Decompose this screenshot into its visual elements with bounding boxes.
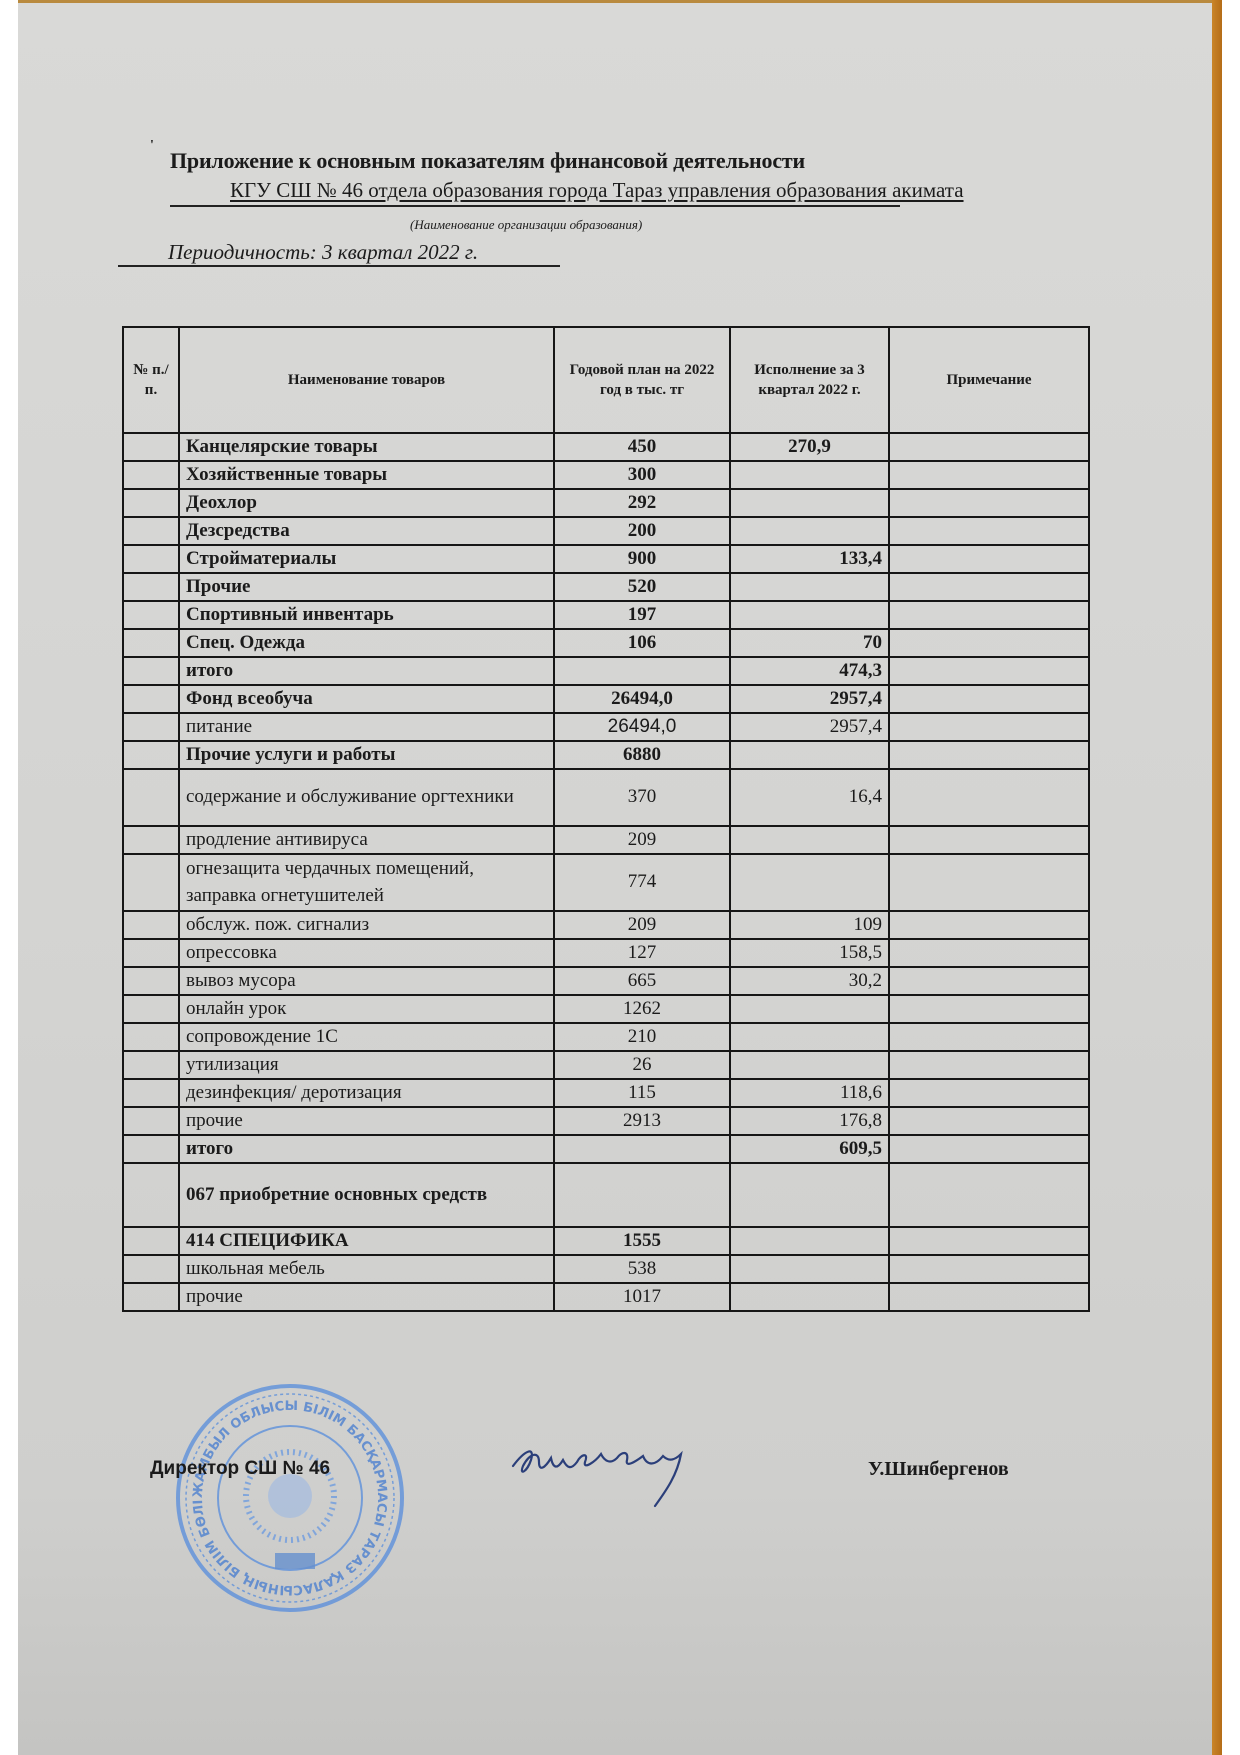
cell-exec: 133,4 [730, 545, 889, 573]
cell-num [123, 685, 179, 713]
cell-plan: 106 [554, 629, 730, 657]
cell-note [889, 826, 1089, 854]
table-row: 067 приобретние основных средств [123, 1163, 1089, 1227]
cell-name: итого [179, 1135, 554, 1163]
periodicity-underline [118, 265, 560, 267]
cell-name: итого [179, 657, 554, 685]
table-row: Канцелярские товары450270,9 [123, 433, 1089, 461]
cell-plan: 6880 [554, 741, 730, 769]
cell-name: дезинфекция/ деротизация [179, 1079, 554, 1107]
cell-plan: 665 [554, 967, 730, 995]
cell-num [123, 1227, 179, 1255]
cell-num [123, 1163, 179, 1227]
table-row: Стройматериалы900133,4 [123, 545, 1089, 573]
cell-note [889, 1051, 1089, 1079]
cell-note [889, 433, 1089, 461]
cell-num [123, 854, 179, 911]
cell-note [889, 854, 1089, 911]
cell-exec [730, 1051, 889, 1079]
cell-num [123, 517, 179, 545]
cell-name: онлайн урок [179, 995, 554, 1023]
cell-name: опрессовка [179, 939, 554, 967]
cell-name: Канцелярские товары [179, 433, 554, 461]
cell-plan: 2913 [554, 1107, 730, 1135]
table-row: Спортивный инвентарь197 [123, 601, 1089, 629]
cell-num [123, 1283, 179, 1311]
cell-num [123, 939, 179, 967]
speck-mark: ' [150, 138, 154, 154]
cell-exec [730, 854, 889, 911]
cell-name: Хозяйственные товары [179, 461, 554, 489]
cell-note [889, 573, 1089, 601]
cell-plan: 538 [554, 1255, 730, 1283]
cell-exec: 30,2 [730, 967, 889, 995]
cell-plan: 26 [554, 1051, 730, 1079]
cell-name: сопровождение 1С [179, 1023, 554, 1051]
cell-exec: 118,6 [730, 1079, 889, 1107]
cell-num [123, 1079, 179, 1107]
organization-caption: (Наименование организации образования) [410, 217, 642, 233]
table-row: содержание и обслуживание оргтехники3701… [123, 769, 1089, 826]
cell-num [123, 1135, 179, 1163]
column-header-note: Примечание [889, 327, 1089, 433]
cell-note [889, 1079, 1089, 1107]
cell-plan: 292 [554, 489, 730, 517]
cell-plan: 1555 [554, 1227, 730, 1255]
cell-exec: 176,8 [730, 1107, 889, 1135]
table-row: вывоз мусора66530,2 [123, 967, 1089, 995]
cell-num [123, 769, 179, 826]
official-seal-icon: ЖАМБЫЛ ОБЛЫСЫ БІЛІМ БАСҚАРМАСЫ ТАРАЗ ҚАЛ… [170, 1378, 410, 1618]
cell-note [889, 1227, 1089, 1255]
column-header-num: № п./п. [123, 327, 179, 433]
cell-exec: 70 [730, 629, 889, 657]
table-row: Дезсредства200 [123, 517, 1089, 545]
cell-plan: 370 [554, 769, 730, 826]
cell-name: Прочие услуги и работы [179, 741, 554, 769]
cell-exec [730, 461, 889, 489]
cell-plan: 26494,0 [554, 685, 730, 713]
table-row: питание26494,02957,4 [123, 713, 1089, 741]
cell-plan: 197 [554, 601, 730, 629]
cell-plan: 115 [554, 1079, 730, 1107]
cell-plan: 774 [554, 854, 730, 911]
cell-note [889, 685, 1089, 713]
cell-exec [730, 1283, 889, 1311]
table-row: школьная мебель538 [123, 1255, 1089, 1283]
cell-num [123, 1023, 179, 1051]
column-header-exec: Исполнение за 3 квартал 2022 г. [730, 327, 889, 433]
cell-name: Прочие [179, 573, 554, 601]
cell-note [889, 1255, 1089, 1283]
cell-num [123, 629, 179, 657]
cell-plan: 300 [554, 461, 730, 489]
table-row: продление антивируса209 [123, 826, 1089, 854]
cell-num [123, 1255, 179, 1283]
cell-name: Фонд всеобуча [179, 685, 554, 713]
table-row: 414 СПЕЦИФИКА1555 [123, 1227, 1089, 1255]
cell-name: содержание и обслуживание оргтехники [179, 769, 554, 826]
table-row: утилизация26 [123, 1051, 1089, 1079]
table-row: дезинфекция/ деротизация115118,6 [123, 1079, 1089, 1107]
cell-note [889, 939, 1089, 967]
table-row: итого609,5 [123, 1135, 1089, 1163]
financial-table: № п./п. Наименование товаров Годовой пла… [122, 326, 1090, 1312]
cell-exec: 109 [730, 911, 889, 939]
cell-name: школьная мебель [179, 1255, 554, 1283]
cell-num [123, 545, 179, 573]
table-row: Прочие520 [123, 573, 1089, 601]
cell-name: 414 СПЕЦИФИКА [179, 1227, 554, 1255]
cell-plan: 1017 [554, 1283, 730, 1311]
column-header-plan: Годовой план на 2022 год в тыс. тг [554, 327, 730, 433]
cell-num [123, 461, 179, 489]
cell-note [889, 967, 1089, 995]
cell-name: Спец. Одежда [179, 629, 554, 657]
cell-plan: 1262 [554, 995, 730, 1023]
cell-exec [730, 1023, 889, 1051]
cell-note [889, 1283, 1089, 1311]
cell-name: питание [179, 713, 554, 741]
column-header-name: Наименование товаров [179, 327, 554, 433]
cell-note [889, 1023, 1089, 1051]
organization-underline [170, 205, 900, 207]
table-row: Деохлор292 [123, 489, 1089, 517]
cell-plan: 450 [554, 433, 730, 461]
cell-note [889, 995, 1089, 1023]
cell-num [123, 713, 179, 741]
table-row: прочие2913176,8 [123, 1107, 1089, 1135]
table-header-row: № п./п. Наименование товаров Годовой пла… [123, 327, 1089, 433]
cell-note [889, 545, 1089, 573]
cell-note [889, 769, 1089, 826]
cell-name: обслуж. пож. сигнализ [179, 911, 554, 939]
cell-plan: 900 [554, 545, 730, 573]
cell-exec: 2957,4 [730, 713, 889, 741]
cell-name: Спортивный инвентарь [179, 601, 554, 629]
cell-exec [730, 517, 889, 545]
cell-exec: 16,4 [730, 769, 889, 826]
cell-num [123, 489, 179, 517]
cell-name: Стройматериалы [179, 545, 554, 573]
director-label: Директор СШ № 46 [150, 1458, 330, 1480]
cell-name: прочие [179, 1107, 554, 1135]
cell-exec [730, 1227, 889, 1255]
handwritten-signature-icon [505, 1432, 695, 1512]
cell-num [123, 573, 179, 601]
cell-num [123, 601, 179, 629]
cell-exec [730, 741, 889, 769]
cell-exec: 2957,4 [730, 685, 889, 713]
cell-num [123, 995, 179, 1023]
cell-note [889, 461, 1089, 489]
cell-exec: 270,9 [730, 433, 889, 461]
cell-name: Деохлор [179, 489, 554, 517]
table-row: Прочие услуги и работы6880 [123, 741, 1089, 769]
cell-exec [730, 573, 889, 601]
cell-note [889, 1135, 1089, 1163]
document-title: Приложение к основным показателям финанс… [170, 148, 805, 174]
cell-num [123, 826, 179, 854]
cell-exec: 474,3 [730, 657, 889, 685]
table-row: обслуж. пож. сигнализ209109 [123, 911, 1089, 939]
cell-note [889, 1163, 1089, 1227]
table-row: итого474,3 [123, 657, 1089, 685]
cell-exec [730, 1163, 889, 1227]
cell-plan [554, 657, 730, 685]
signer-name: У.Шинбергенов [868, 1458, 1009, 1481]
cell-note [889, 629, 1089, 657]
cell-plan [554, 1163, 730, 1227]
cell-num [123, 1051, 179, 1079]
cell-num [123, 911, 179, 939]
cell-plan: 209 [554, 911, 730, 939]
cell-num [123, 433, 179, 461]
table-row: огнезащита чердачных помещений, заправка… [123, 854, 1089, 911]
cell-name: вывоз мусора [179, 967, 554, 995]
cell-exec [730, 1255, 889, 1283]
cell-name: Дезсредства [179, 517, 554, 545]
cell-exec: 609,5 [730, 1135, 889, 1163]
cell-note [889, 657, 1089, 685]
table-row: онлайн урок1262 [123, 995, 1089, 1023]
table-row: опрессовка127158,5 [123, 939, 1089, 967]
cell-plan: 520 [554, 573, 730, 601]
cell-plan: 210 [554, 1023, 730, 1051]
cell-num [123, 657, 179, 685]
cell-note [889, 713, 1089, 741]
table-body: Канцелярские товары450270,9Хозяйственные… [123, 433, 1089, 1311]
table-row: Фонд всеобуча26494,02957,4 [123, 685, 1089, 713]
cell-name: утилизация [179, 1051, 554, 1079]
periodicity: Периодичность: 3 квартал 2022 г. [168, 240, 478, 265]
cell-exec [730, 826, 889, 854]
page-edge-right [1212, 0, 1222, 1755]
cell-num [123, 1107, 179, 1135]
table-row: прочие1017 [123, 1283, 1089, 1311]
table-row: Хозяйственные товары300 [123, 461, 1089, 489]
cell-note [889, 741, 1089, 769]
cell-note [889, 1107, 1089, 1135]
table-row: сопровождение 1С210 [123, 1023, 1089, 1051]
cell-exec [730, 489, 889, 517]
cell-plan: 127 [554, 939, 730, 967]
organization-name: КГУ СШ № 46 отдела образования города Та… [230, 178, 964, 203]
cell-note [889, 601, 1089, 629]
cell-note [889, 517, 1089, 545]
cell-num [123, 967, 179, 995]
cell-exec [730, 601, 889, 629]
cell-note [889, 911, 1089, 939]
cell-name: продление антивируса [179, 826, 554, 854]
table-row: Спец. Одежда10670 [123, 629, 1089, 657]
cell-plan: 200 [554, 517, 730, 545]
cell-plan: 26494,0 [554, 713, 730, 741]
cell-name: 067 приобретние основных средств [179, 1163, 554, 1227]
cell-plan: 209 [554, 826, 730, 854]
cell-num [123, 741, 179, 769]
cell-note [889, 489, 1089, 517]
cell-exec [730, 995, 889, 1023]
cell-exec: 158,5 [730, 939, 889, 967]
cell-name: огнезащита чердачных помещений, заправка… [179, 854, 554, 911]
cell-plan [554, 1135, 730, 1163]
cell-name: прочие [179, 1283, 554, 1311]
